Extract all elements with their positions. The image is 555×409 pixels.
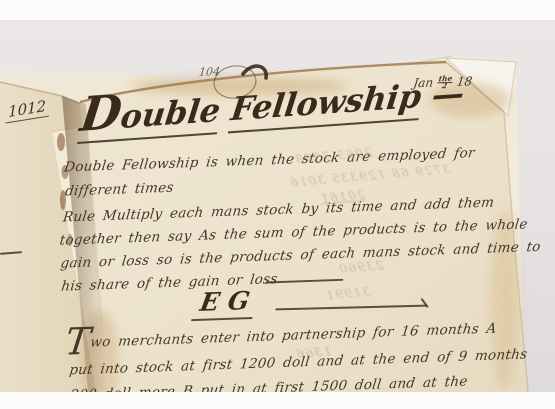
bleedthrough-text: 31991 [324, 285, 372, 303]
problem-line-1: Two merchants enter into partnership for… [64, 319, 497, 352]
example-heading: E G [191, 286, 258, 321]
bleedthrough-text: 23960 [337, 258, 385, 276]
manuscript-photo: 1012 104 Jan the 2 18 Double Fellowship … [0, 0, 555, 409]
manuscript-text: 104 Jan the 2 18 Double Fellowship — Dou… [52, 42, 552, 404]
page-title: Double Fellowship — [77, 61, 466, 143]
title-word-1: Double [77, 91, 222, 144]
page-number: 104 [198, 65, 220, 79]
photo-frame-bottom [0, 392, 555, 409]
photo-frame-top [0, 0, 555, 20]
intro-line-2: different times [64, 179, 175, 201]
example-rule-line [275, 305, 427, 311]
title-dash: — [430, 74, 465, 115]
title-word-2: Fellowship [228, 77, 423, 134]
